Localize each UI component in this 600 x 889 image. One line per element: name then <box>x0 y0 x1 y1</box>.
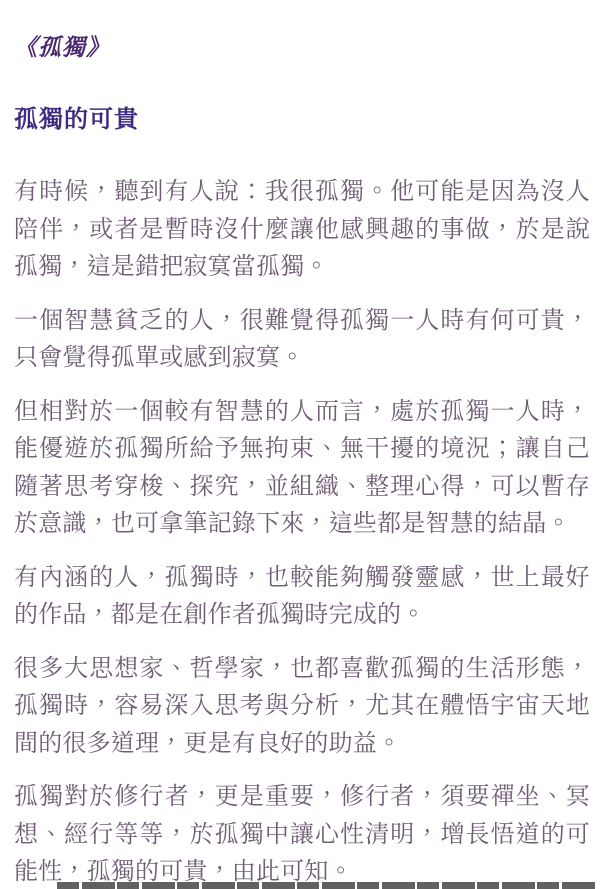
clipped-text-strip <box>57 882 597 889</box>
paragraph: 有時候，聽到有人說：我很孤獨。他可能是因為沒人陪伴，或者是暫時沒什麼讓他感興趣的… <box>14 174 590 287</box>
paragraph: 有內涵的人，孤獨時，也較能夠觸發靈感，世上最好的作品，都是在創作者孤獨時完成的。 <box>14 560 590 635</box>
paragraph: 但相對於一個較有智慧的人而言，處於孤獨一人時，能優遊於孤獨所給予無拘束、無干擾的… <box>14 394 590 544</box>
paragraph: 很多大思想家、哲學家，也都喜歡孤獨的生活形態，孤獨時，容易深入思考與分析，尤其在… <box>14 651 590 764</box>
paragraph: 孤獨對於修行者，更是重要，修行者，須要禪坐、冥想、經行等等，於孤獨中讓心性清明，… <box>14 779 590 889</box>
article: 《孤獨》 孤獨的可貴 有時候，聽到有人說：我很孤獨。他可能是因為沒人陪伴，或者是… <box>0 0 600 889</box>
paragraph: 一個智慧貧乏的人，很難覺得孤獨一人時有何可貴，只會覺得孤單或感到寂寞。 <box>14 303 590 378</box>
section-heading: 孤獨的可貴 <box>14 107 590 133</box>
article-title: 《孤獨》 <box>14 33 590 62</box>
